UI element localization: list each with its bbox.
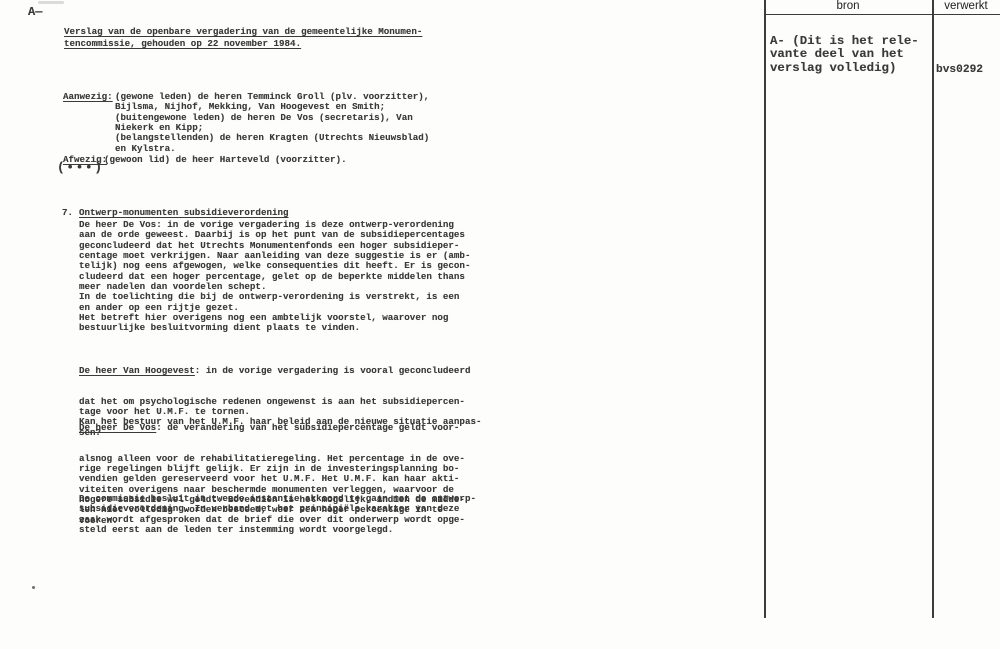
speaker-line-rest: : in de vorige vergadering is vooral gec…: [195, 365, 471, 376]
speaker-line-rest: : de verandering van het subsidiepercent…: [156, 422, 459, 433]
absent-text: (gewoon lid) de heer Harteveld (voorzitt…: [104, 155, 347, 165]
speaker-name: De heer Van Hoogevest: [79, 365, 195, 376]
present-list: (gewone leden) de heren Temminck Groll (…: [115, 92, 429, 154]
paragraph-decision: De commissie besluit in tweede instantie…: [79, 494, 476, 535]
processed-code: bvs0292: [936, 64, 983, 76]
agenda-item-heading: Ontwerp-monumenten subsidieverordening: [79, 208, 289, 218]
scanned-document-page: { "document": { "marker": "A—", "title_l…: [0, 0, 1000, 649]
column-header-bron: bron: [764, 0, 932, 13]
panel-column-rule: [932, 0, 934, 618]
scan-speck: [32, 586, 35, 589]
page-marker: A—: [28, 6, 42, 18]
omission-mark: (•••): [57, 161, 104, 175]
source-note: A- (Dit is het rele- vante deel van het …: [770, 35, 919, 75]
agenda-item-number: 7.: [62, 208, 73, 218]
panel-left-rule: [764, 0, 766, 618]
present-label: Aanwezig:: [63, 92, 113, 102]
scan-smudge: [38, 1, 64, 4]
speaker-name: De heer De Vos: [79, 422, 156, 433]
page-title: Verslag van de openbare vergadering van …: [64, 26, 422, 49]
paragraph-devos-1: De heer De Vos: in de vorige vergadering…: [79, 220, 470, 334]
paragraph-first-line: De heer Van Hoogevest: in de vorige verg…: [79, 366, 481, 376]
column-header-verwerkt: verwerkt: [932, 0, 1000, 13]
paragraph-first-line: De heer De Vos: de verandering van het s…: [79, 423, 465, 433]
panel-header-rule: [764, 14, 1000, 15]
